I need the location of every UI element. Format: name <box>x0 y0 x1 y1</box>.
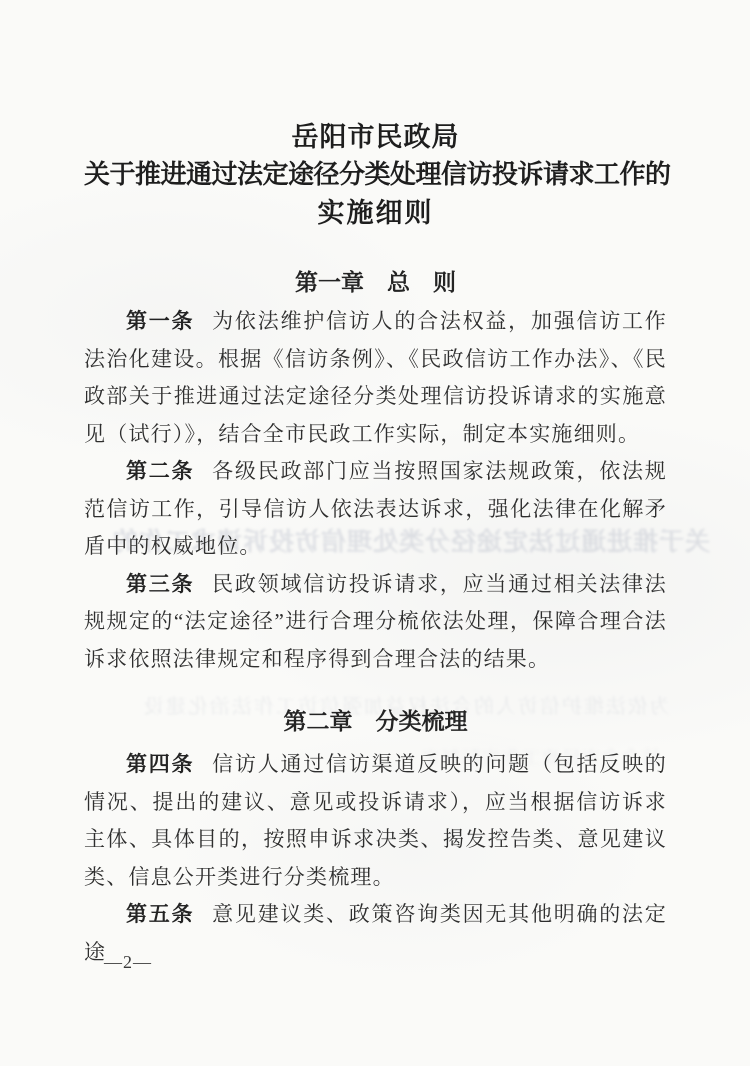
page-number: —2— <box>104 952 152 973</box>
document-body: 岳阳市民政局 关于推进通过法定途径分类处理信访投诉请求工作的 实施细则 第一章 … <box>84 0 667 971</box>
article-4: 第四条信访人通过信访渠道反映的问题（包括反映的情况、提出的建议、意见或投诉请求）… <box>84 746 667 896</box>
chapter-2-heading: 第二章 分类梳理 <box>84 706 667 738</box>
article-5: 第五条意见建议类、政策咨询类因无其他明确的法定途 <box>84 896 667 971</box>
article-3-label: 第三条 <box>126 572 212 596</box>
document-title-line: 关于推进通过法定途径分类处理信访投诉请求工作的 <box>84 156 667 194</box>
document-title-line: 实施细则 <box>84 194 667 232</box>
chapter-1-heading: 第一章 总 则 <box>84 267 667 299</box>
document-agency-name: 岳阳市民政局 <box>84 118 667 156</box>
article-4-label: 第四条 <box>126 752 212 776</box>
scanned-document-page: 关于推进通过法定途径分类处理信访投诉请求工作的 为依法维护信访人的合法权益加强信… <box>0 0 750 1066</box>
article-5-label: 第五条 <box>126 902 212 926</box>
document-title-block: 岳阳市民政局 关于推进通过法定途径分类处理信访投诉请求工作的 实施细则 <box>84 118 667 232</box>
article-1-label: 第一条 <box>126 309 212 333</box>
article-3: 第三条民政领域信访投诉请求，应当通过相关法律法规规定的“法定途径”进行合理分梳依… <box>84 566 667 679</box>
article-2-label: 第二条 <box>126 459 212 483</box>
article-1: 第一条为依法维护信访人的合法权益，加强信访工作法治化建设。根据《信访条例》、《民… <box>84 303 667 453</box>
article-2: 第二条各级民政部门应当按照国家法规政策，依法规范信访工作，引导信访人依法表达诉求… <box>84 453 667 566</box>
